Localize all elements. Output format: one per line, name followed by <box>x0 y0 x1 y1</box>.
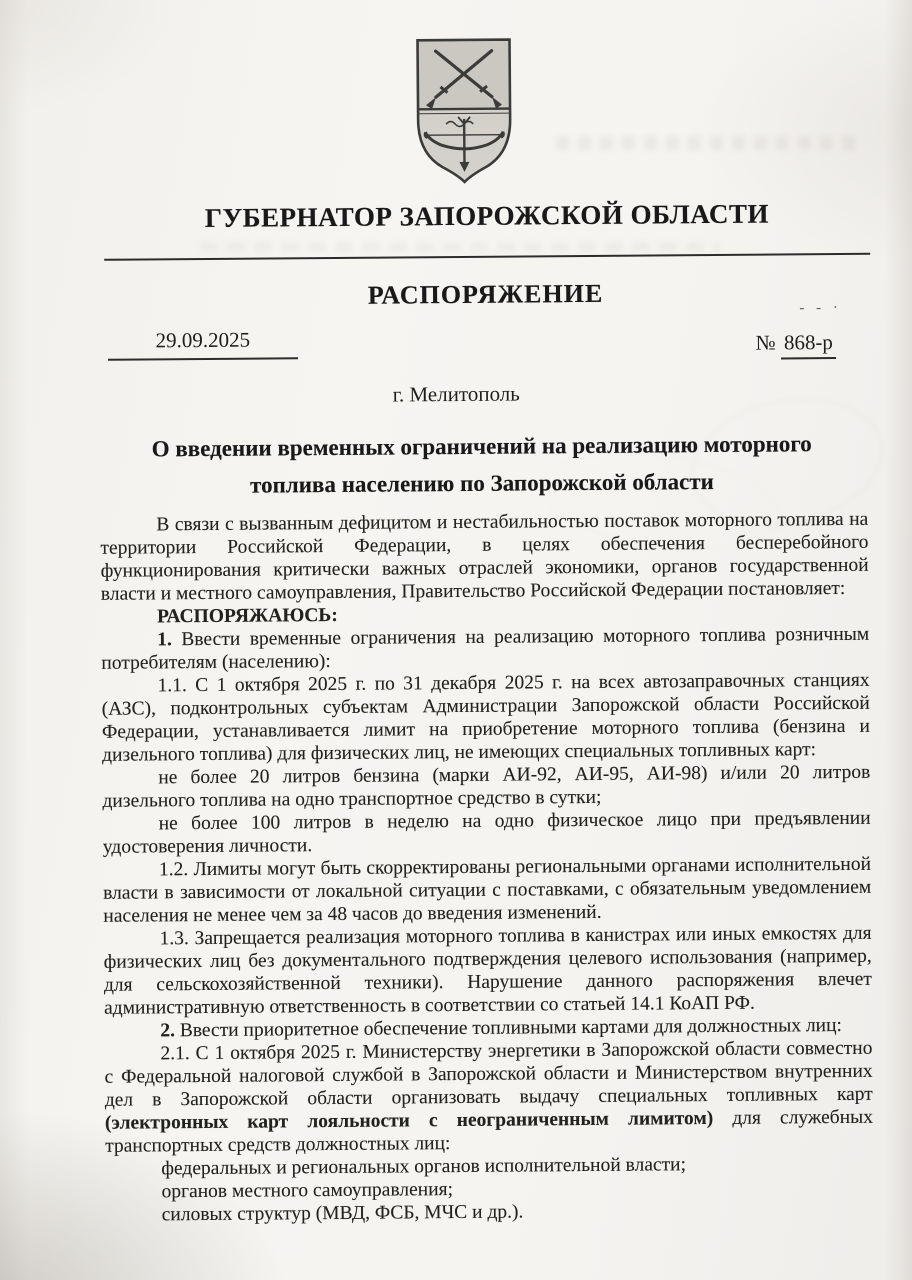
document-body: В связи с вызванным дефицитом и нестабил… <box>100 508 874 1227</box>
paragraph-13: силовых структур (МВД, ФСБ, МЧС и др.). <box>106 1198 874 1227</box>
title-line-1: О введении временных ограничений на реал… <box>26 424 912 468</box>
org-name: ГУБЕРНАТОР ЗАПОРОЖСКОЙ ОБЛАСТИ <box>31 195 912 236</box>
paragraph-3: 1. Ввести временные ограничения на реали… <box>101 623 869 675</box>
paragraph-8: 1.3. Запрещается реализация моторного то… <box>103 922 872 1020</box>
paragraph-1: В связи с вызванным дефицитом и нестабил… <box>100 508 869 606</box>
paragraph-5: не более 20 литров бензина (марки АИ-92,… <box>102 761 870 813</box>
document-title: О введении временных ограничений на реал… <box>26 424 912 505</box>
paragraph-10: 2.1. С 1 октября 2025 г. Министерству эн… <box>104 1037 873 1158</box>
title-line-2: топлива населению по Запорожской области <box>26 461 912 505</box>
scanned-document-page: ГУБЕРНАТОР ЗАПОРОЖСКОЙ ОБЛАСТИ РАСПОРЯЖЕ… <box>0 0 912 1280</box>
handwritten-dash-marks: - - · <box>799 300 842 317</box>
document-date: 29.09.2025 <box>108 327 298 360</box>
number-value: 868-р <box>781 330 836 359</box>
document-city: г. Мелитополь <box>0 378 912 410</box>
document-type-heading: РАСПОРЯЖЕНИЕ <box>29 276 912 313</box>
paragraph-7: 1.2. Лимиты могут быть скорректированы р… <box>103 853 872 928</box>
coat-of-arms-icon <box>410 36 517 187</box>
header-rule <box>104 253 870 261</box>
document-content: ГУБЕРНАТОР ЗАПОРОЖСКОЙ ОБЛАСТИ РАСПОРЯЖЕ… <box>0 0 912 1280</box>
coat-of-arms <box>410 36 517 187</box>
meta-row: 29.09.2025 - - · № 868-р <box>108 323 868 361</box>
document-number: - - · № 868-р <box>755 330 867 356</box>
paragraph-6: не более 100 литров в неделю на одно физ… <box>103 807 871 859</box>
paragraph-4: 1.1. С 1 октября 2025 г. по 31 декабря 2… <box>101 669 870 767</box>
number-sign: № <box>755 330 775 354</box>
